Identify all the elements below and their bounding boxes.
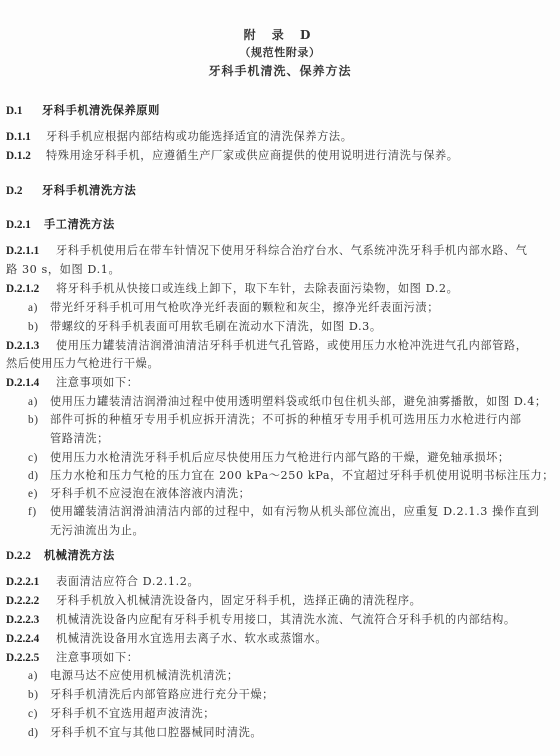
section-heading-d2-1: D.2.1手工清洗方法 [6,217,115,232]
clause-d2-1-1: D.2.1.1牙科手机使用后在带车针情况下使用牙科综合治疗台水、气系统冲洗牙科手… [6,244,528,258]
list-label: b) [28,413,50,427]
section-title: 机械清洗方法 [44,548,115,562]
clause-text: 牙科手机应根据内部结构或功能选择适宜的清洗保养方法。 [46,130,352,143]
list-text: 牙科手机清洗后内部管路应进行充分干燥； [50,688,274,701]
clause-number: D.2.2.5 [6,651,56,665]
section-number: D.2.1 [6,218,44,232]
clause-text: 注意事项如下： [56,651,139,664]
list-text: 带光纤牙科手机可用气枪吹净光纤表面的颗粒和灰尘，擦净光纤表面污渍； [50,301,439,314]
section-number: D.2 [6,184,42,198]
clause-number: D.2.2.1 [6,575,56,589]
clause-d1-1: D.1.1牙科手机应根据内部结构或功能选择适宜的清洗保养方法。 [6,130,352,144]
section-title: 手工清洗方法 [44,217,115,231]
clause-number: D.2.1.3 [6,339,56,353]
list-item-cont: 管路清洗； [50,432,109,446]
list-label: a) [28,301,50,315]
list-label: e) [28,487,50,501]
clause-text: 使用压力罐装清洁润滑油清洁牙科手机进气孔管路，或使用压力水枪冲洗进气孔内部管路， [56,339,528,352]
list-label: c) [28,707,50,721]
clause-text: 牙科手机使用后在带车针情况下使用牙科综合治疗台水、气系统冲洗牙科手机内部水路、气 [56,244,528,257]
section-title: 牙科手机清洗保养原则 [42,103,160,117]
section-heading-d2-2: D.2.2机械清洗方法 [6,548,115,563]
clause-number: D.2.1.4 [6,376,56,390]
clause-number: D.2.2.2 [6,594,56,608]
section-title: 牙科手机清洗方法 [42,183,136,197]
appendix-note: （规范性附录） [0,46,560,60]
clause-text: 机械清洗设备用水宜选用去离子水、软水或蒸馏水。 [56,632,327,645]
list-item: d)压力水枪和压力气枪的压力宜在 200 kPa～250 kPa，不宜超过牙科手… [28,469,554,483]
list-label: d) [28,469,50,483]
list-label: b) [28,320,50,334]
section-number: D.2.2 [6,549,44,563]
clause-d2-1-2: D.2.1.2将牙科手机从快接口或连线上卸下，取下车针，去除表面污染物，如图 D… [6,282,458,296]
clause-d2-1-3: D.2.1.3使用压力罐装清洁润滑油清洁牙科手机进气孔管路，或使用压力水枪冲洗进… [6,339,528,353]
clause-d2-2-1: D.2.2.1表面清洁应符合 D.2.1.2。 [6,575,199,589]
list-item: b)牙科手机清洗后内部管路应进行充分干燥； [28,688,274,702]
list-text: 使用罐装清洁润滑油清洁内部的过程中，如有污物从机头部位流出，应重复 D.2.1.… [50,505,539,518]
appendix-title: 牙科手机清洗、保养方法 [0,64,560,78]
document-page: 附 录 D （规范性附录） 牙科手机清洗、保养方法 D.1牙科手机清洗保养原则 … [0,0,560,756]
clause-text: 机械清洗设备内应配有牙科手机专用接口，其清洗水流、气流符合牙科手机的内部结构。 [56,613,516,626]
list-item: e)牙科手机不应浸泡在液体溶液内清洗； [28,487,250,501]
list-item: c)牙科手机不宜选用超声波清洗； [28,707,215,721]
list-item: a)电源马达不应使用机械清洗机清洗； [28,669,239,683]
clause-text: 牙科手机放入机械清洗设备内，固定牙科手机，选择正确的清洗程序。 [56,594,421,607]
list-label: b) [28,688,50,702]
clause-d2-1-3-cont: 然后使用压力气枪进行干燥。 [6,357,159,371]
list-label: a) [28,395,50,409]
list-text: 压力水枪和压力气枪的压力宜在 200 kPa～250 kPa，不宜超过牙科手机使… [50,469,554,482]
list-text: 使用压力水枪清洗牙科手机后应尽快使用压力气枪进行内部气路的干燥，避免轴承损坏； [50,451,510,464]
section-heading-d2: D.2牙科手机清洗方法 [6,183,136,198]
section-number: D.1 [6,104,42,118]
list-item: f)使用罐装清洁润滑油清洁内部的过程中，如有污物从机头部位流出，应重复 D.2.… [28,505,539,519]
clause-d2-1-1-cont: 路 30 s，如图 D.1。 [6,263,120,277]
list-text: 使用压力罐装清洁润滑油过程中使用透明塑料袋或纸巾包住机头部，避免油雾播散，如图 … [50,395,547,408]
clause-number: D.2.1.1 [6,244,56,258]
clause-d2-2-5: D.2.2.5注意事项如下： [6,651,139,665]
list-text: 牙科手机不宜与其他口腔器械同时清洗。 [50,726,262,739]
list-text: 电源马达不应使用机械清洗机清洗； [50,669,239,682]
clause-text: 注意事项如下： [56,376,139,389]
clause-d2-2-3: D.2.2.3机械清洗设备内应配有牙科手机专用接口，其清洗水流、气流符合牙科手机… [6,613,516,627]
clause-number: D.1.2 [6,149,46,163]
list-item: a)带光纤牙科手机可用气枪吹净光纤表面的颗粒和灰尘，擦净光纤表面污渍； [28,301,439,315]
list-label: d) [28,726,50,740]
list-label: a) [28,669,50,683]
clause-d2-2-2: D.2.2.2牙科手机放入机械清洗设备内，固定牙科手机，选择正确的清洗程序。 [6,594,421,608]
list-label: f) [28,505,50,519]
clause-number: D.1.1 [6,130,46,144]
list-item: b)带螺纹的牙科手机表面可用软毛刷在流动水下清洗，如图 D.3。 [28,320,382,334]
section-heading-d1: D.1牙科手机清洗保养原则 [6,103,160,118]
list-item: c)使用压力水枪清洗牙科手机后应尽快使用压力气枪进行内部气路的干燥，避免轴承损坏… [28,451,510,465]
list-label: c) [28,451,50,465]
list-item: b)部件可拆的种植牙专用手机应拆开清洗；不可拆的种植牙专用手机可选用压力水枪进行… [28,413,522,427]
list-item-cont: 无污油流出为止。 [50,524,144,538]
list-text: 牙科手机不应浸泡在液体溶液内清洗； [50,487,250,500]
clause-text: 特殊用途牙科手机，应遵循生产厂家或供应商提供的使用说明进行清洗与保养。 [46,149,459,162]
clause-text: 表面清洁应符合 D.2.1.2。 [56,575,199,588]
list-item: a)使用压力罐装清洁润滑油过程中使用透明塑料袋或纸巾包住机头部，避免油雾播散，如… [28,395,547,409]
clause-d2-2-4: D.2.2.4机械清洗设备用水宜选用去离子水、软水或蒸馏水。 [6,632,327,646]
list-text: 牙科手机不宜选用超声波清洗； [50,707,215,720]
clause-d1-2: D.1.2特殊用途牙科手机，应遵循生产厂家或供应商提供的使用说明进行清洗与保养。 [6,149,459,163]
clause-number: D.2.2.3 [6,613,56,627]
list-text: 部件可拆的种植牙专用手机应拆开清洗；不可拆的种植牙专用手机可选用压力水枪进行内部 [50,413,522,426]
clause-d2-1-4: D.2.1.4注意事项如下： [6,376,139,390]
clause-number: D.2.2.4 [6,632,56,646]
appendix-label: 附 录 D [0,28,560,42]
list-item: d)牙科手机不宜与其他口腔器械同时清洗。 [28,726,262,740]
list-text: 带螺纹的牙科手机表面可用软毛刷在流动水下清洗，如图 D.3。 [50,320,382,333]
clause-text: 将牙科手机从快接口或连线上卸下，取下车针，去除表面污染物，如图 D.2。 [56,282,458,295]
clause-number: D.2.1.2 [6,282,56,296]
